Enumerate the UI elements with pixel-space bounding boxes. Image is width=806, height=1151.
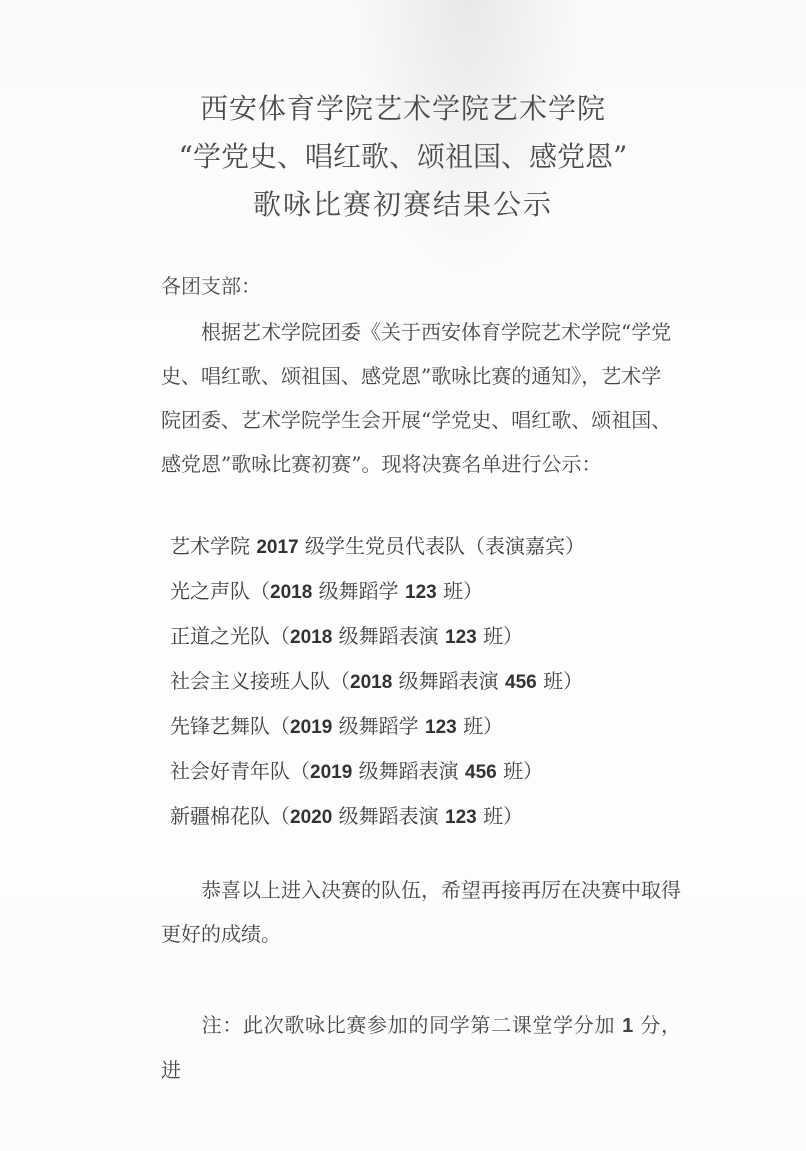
congratulations-paragraph: 恭喜以上进入决赛的队伍，希望再接再厉在决赛中取得 更好的成绩。 <box>161 868 681 956</box>
note-line: 注：此次歌咏比赛参加的同学第二课堂学分加 1 分，进 <box>161 1003 681 1092</box>
congrats-line-2: 更好的成绩。 <box>161 912 681 956</box>
scanned-document-page: 西安体育学院艺术学院艺术学院 “学党史、唱红歌、颂祖国、感党恩” 歌咏比赛初赛结… <box>0 0 806 1151</box>
salutation: 各团支部： <box>161 276 261 296</box>
finalist-item: 新疆棉花队（2020 级舞蹈表演 123 班） <box>170 802 585 847</box>
grade-year: 2017 <box>256 537 298 558</box>
class-number: 456 <box>505 672 537 693</box>
grade-year: 2019 <box>290 717 332 738</box>
finalist-item: 正道之光队（2018 级舞蹈表演 123 班） <box>170 622 585 667</box>
intro-line-3: 院团委、艺术学院学生会开展“学党史、唱红歌、颂祖国、 <box>161 398 681 442</box>
finalist-team-list: 艺术学院 2017 级学生党员代表队（表演嘉宾） 光之声队（2018 级舞蹈学 … <box>170 532 585 847</box>
credit-value: 1 <box>622 1015 633 1037</box>
class-number: 456 <box>465 762 497 783</box>
finalist-item: 艺术学院 2017 级学生党员代表队（表演嘉宾） <box>170 532 585 577</box>
grade-year: 2018 <box>290 627 332 648</box>
grade-year: 2018 <box>270 582 312 603</box>
document-title-line-1: 西安体育学院艺术学院艺术学院 <box>0 95 806 123</box>
intro-paragraph: 根据艺术学院团委《关于西安体育学院艺术学院“学党 史、唱红歌、颂祖国、感党恩”歌… <box>161 310 681 486</box>
finalist-item: 先锋艺舞队（2019 级舞蹈学 123 班） <box>170 712 585 757</box>
finalist-item: 社会好青年队（2019 级舞蹈表演 456 班） <box>170 757 585 802</box>
grade-year: 2019 <box>310 762 352 783</box>
class-number: 123 <box>445 807 477 828</box>
class-number: 123 <box>405 582 437 603</box>
class-number: 123 <box>445 627 477 648</box>
document-title-line-3: 歌咏比赛初赛结果公示 <box>0 191 806 219</box>
intro-line-2: 史、唱红歌、颂祖国、感党恩”歌咏比赛的通知》，艺术学 <box>161 354 681 398</box>
grade-year: 2020 <box>290 807 332 828</box>
finalist-item: 社会主义接班人队（2018 级舞蹈表演 456 班） <box>170 667 585 712</box>
class-number: 123 <box>425 717 457 738</box>
intro-line-1: 根据艺术学院团委《关于西安体育学院艺术学院“学党 <box>161 310 681 354</box>
finalist-item: 光之声队（2018 级舞蹈学 123 班） <box>170 577 585 622</box>
grade-year: 2018 <box>350 672 392 693</box>
note-paragraph: 注：此次歌咏比赛参加的同学第二课堂学分加 1 分，进 <box>161 1003 681 1092</box>
congrats-line-1: 恭喜以上进入决赛的队伍，希望再接再厉在决赛中取得 <box>161 868 681 912</box>
document-title-line-2: “学党史、唱红歌、颂祖国、感党恩” <box>0 143 806 171</box>
intro-line-4: 感党恩”歌咏比赛初赛”。现将决赛名单进行公示： <box>161 442 681 486</box>
